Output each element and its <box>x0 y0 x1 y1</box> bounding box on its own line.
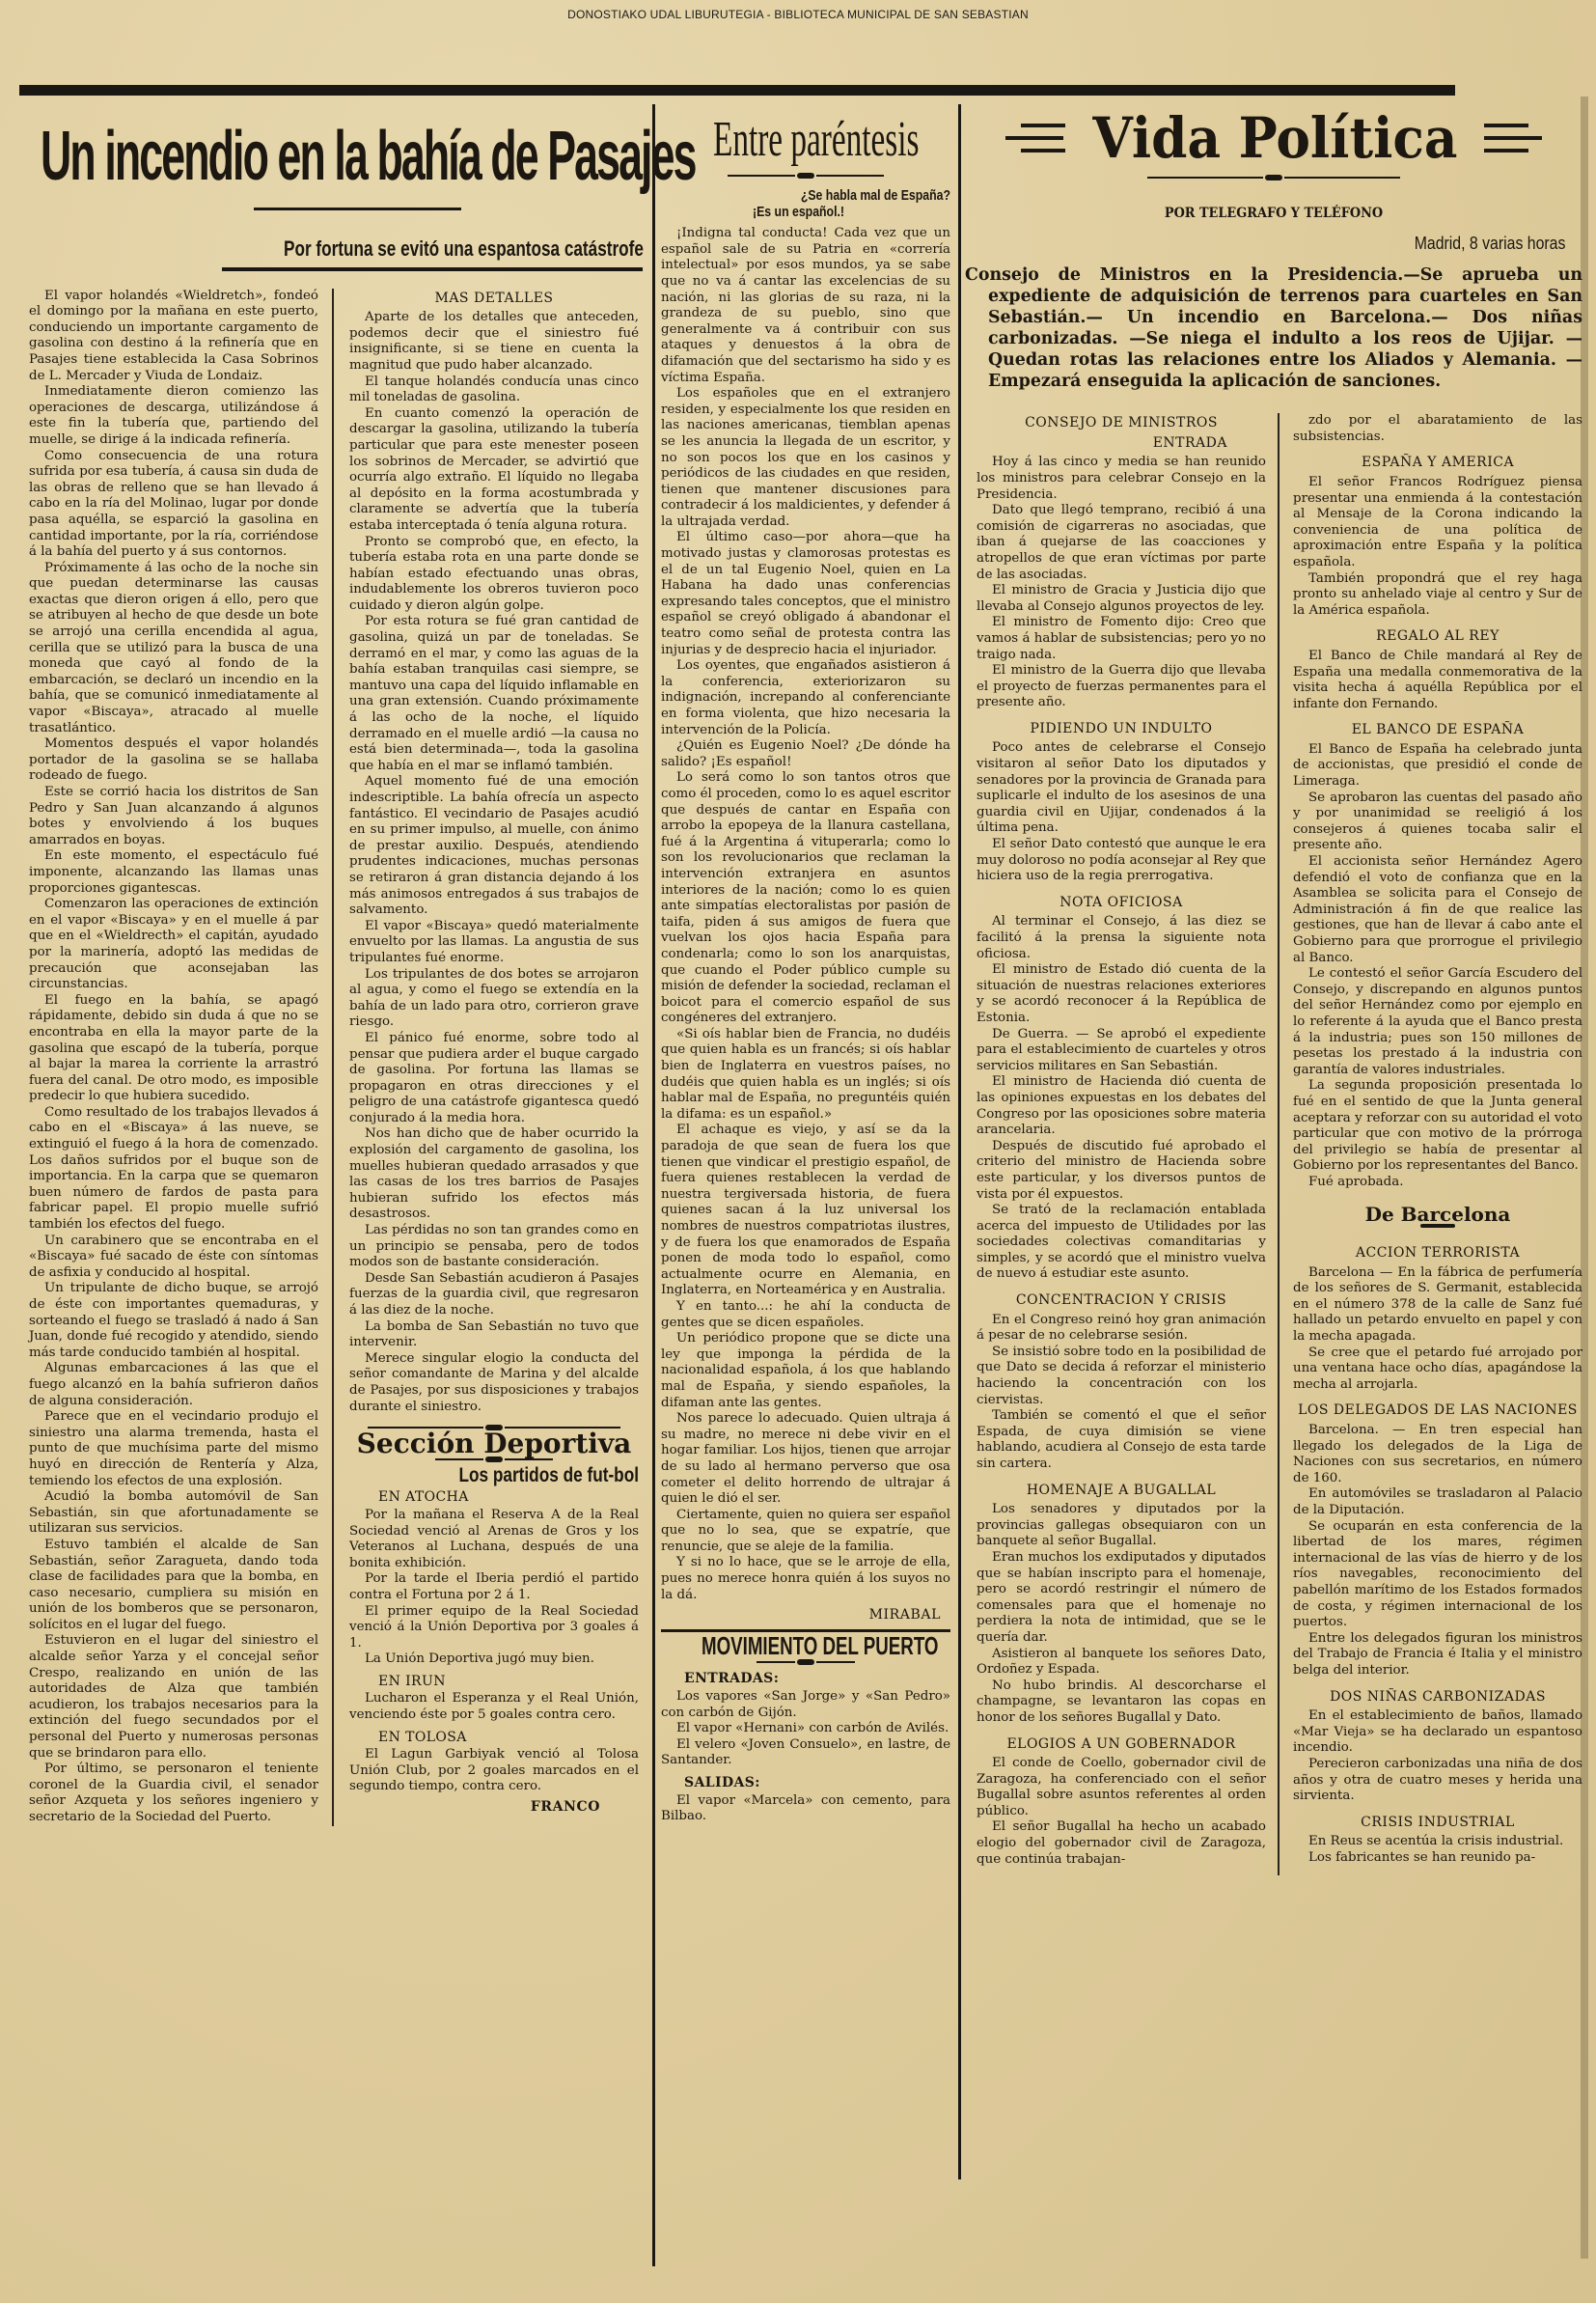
section-heading: ELOGIOS A UN GOBERNADOR <box>977 1736 1266 1753</box>
article-column-right: MAS DETALLES Aparte de los detalles que … <box>349 289 639 1826</box>
paragraph: Próximamente á las ocho de la noche sin … <box>29 561 318 737</box>
paragraph: El ministro de la Guerra dijo que llevab… <box>977 663 1266 711</box>
paragraph: Le contestó el señor García Escudero del… <box>1293 966 1582 1078</box>
paragraph: Como resultado de los trabajos llevados … <box>29 1105 318 1234</box>
section-heading: NOTA OFICIOSA <box>977 895 1266 911</box>
paragraph: Estuvo también el alcalde de San Sebasti… <box>29 1538 318 1634</box>
paragraph: El Banco de Chile mandará al Rey de Espa… <box>1293 649 1582 712</box>
paragraph: Los senadores y diputados por la provinc… <box>977 1502 1266 1550</box>
paragraph: Por la tarde el Iberia perdió el partido… <box>349 1571 639 1603</box>
paragraph: Este se corrió hacia los distritos de Sa… <box>29 785 318 848</box>
paragraph: Se insistió sobre todo en la posibilidad… <box>977 1345 1266 1408</box>
vida-column-right: zdo por el abaratamiento de las subsiste… <box>1293 413 1582 1875</box>
section-heading: EN ATOCHA <box>378 1489 639 1506</box>
subheadline-rule <box>222 267 643 271</box>
entradas-list: Los vapores «San Jorge» y «San Pedro» co… <box>661 1689 950 1769</box>
vida-column-left: CONSEJO DE MINISTROSENTRADAHoy á las cin… <box>965 413 1280 1875</box>
paragraph: En Reus se acentúa la crisis industrial. <box>1293 1834 1582 1850</box>
paragraph: La Unión Deportiva jugó muy bien. <box>349 1651 639 1668</box>
paragraph: Se trató de la reclamación entablada ace… <box>977 1203 1266 1283</box>
section-title: Vida Política <box>1092 105 1457 171</box>
paragraph: La bomba de San Sebastián no tuvo que in… <box>349 1319 639 1351</box>
paragraph: Lo será como lo son tantos otros que com… <box>661 770 950 1027</box>
parentesis-answer: ¡Es un español.! <box>753 205 915 221</box>
puerto-title: MOVIMIENTO DEL PUERTO <box>702 1638 910 1654</box>
paragraph: El ministro de Fomento dijo: Creo que va… <box>977 615 1266 663</box>
paragraph: Un carabinero que se encontraba en el «B… <box>29 1234 318 1282</box>
paragraph: Como consecuencia de una rotura sufrida … <box>29 449 318 561</box>
section-heading: EL BANCO DE ESPAÑA <box>1293 722 1582 738</box>
decorative-bars <box>1005 124 1065 153</box>
paragraph: Se aprobaron las cuentas del pasado año … <box>1293 791 1582 854</box>
paragraph: La segunda proposición presentada lo fué… <box>1293 1078 1582 1175</box>
paragraph: Eran muchos los exdiputados y diputados … <box>977 1550 1266 1647</box>
paragraph: Pronto se comprobó que, en efecto, la tu… <box>349 535 639 615</box>
section-heading: EN IRUN <box>378 1674 639 1690</box>
paragraph: El tanque holandés conducía unas cinco m… <box>349 375 639 406</box>
paragraph: «Si oís hablar bien de Francia, no dudéi… <box>661 1027 950 1124</box>
paragraph: zdo por el abaratamiento de las subsiste… <box>1293 413 1582 445</box>
section-subheading: ENTRADA <box>977 435 1266 452</box>
salidas-label: SALIDAS: <box>684 1775 950 1791</box>
vida-body: CONSEJO DE MINISTROSENTRADAHoy á las cin… <box>965 413 1582 1875</box>
paragraph: Un tripulante de dicho buque, se arrojó … <box>29 1281 318 1361</box>
paragraph: El señor Dato contestó que aunque le era… <box>977 837 1266 885</box>
paragraph: Barcelona. — En tren especial han llegad… <box>1293 1423 1582 1486</box>
ornament-divider <box>661 1659 950 1665</box>
article-entre-parentesis: Entre paréntesis ¿Se habla mal de España… <box>661 101 950 1825</box>
paragraph: Merece singular elogio la conducta del s… <box>349 1351 639 1415</box>
section-heading: EN TOLOSA <box>378 1730 639 1746</box>
paragraph: El señor Francos Rodríguez piensa presen… <box>1293 475 1582 571</box>
paragraph: Se cree que el petardo fué arrojado por … <box>1293 1346 1582 1394</box>
article-headline: Un incendio en la bahía de Pasajes <box>41 119 416 194</box>
paragraph: Desde San Sebastián acudieron á Pasajes … <box>349 1271 639 1319</box>
article-subheadline: Por fortuna se evitó una espantosa catás… <box>165 241 647 258</box>
deportiva-subtitle: Los partidos de fut-bol <box>401 1468 639 1484</box>
ornament-divider <box>661 173 950 179</box>
salidas-list: El vapor «Marcela» con cemento, para Bil… <box>661 1793 950 1825</box>
paragraph: Parece que en el vecindario produjo el s… <box>29 1409 318 1489</box>
section-heading: REGALO AL REY <box>1293 628 1582 645</box>
mas-detalles-body: Aparte de los detalles que anteceden, po… <box>349 310 639 1415</box>
paragraph: El vapor «Hernani» con carbón de Avilés. <box>661 1721 950 1737</box>
ornament-divider <box>965 175 1582 180</box>
article-incendio: Un incendio en la bahía de Pasajes Por f… <box>29 101 647 1826</box>
paragraph: El señor Bugallal ha hecho un acabado el… <box>977 1819 1266 1868</box>
paragraph: El achaque es viejo, y así se da la para… <box>661 1123 950 1299</box>
paragraph: En el establecimiento de baños, llamado … <box>1293 1708 1582 1757</box>
paragraph: Nos parece lo adecuado. Quien ultraja á … <box>661 1411 950 1508</box>
paragraph: El conde de Coello, gobernador civil de … <box>977 1756 1266 1819</box>
paragraph: También propondrá que el rey haga pronto… <box>1293 571 1582 620</box>
vida-title-row: Vida Política <box>965 105 1582 171</box>
paragraph: Dato que llegó temprano, recibió á una c… <box>977 503 1266 583</box>
paragraph: Por la mañana el Reserva A de la Real So… <box>349 1508 639 1571</box>
column-title: Entre paréntesis <box>713 111 898 169</box>
paragraph: En cuanto comenzó la operación de descar… <box>349 406 639 535</box>
paragraph: Y si no lo hace, que se le arroje de ell… <box>661 1555 950 1603</box>
entradas-label: ENTRADAS: <box>684 1671 950 1687</box>
paragraph: Y en tanto...: he ahí la conducta de gen… <box>661 1299 950 1331</box>
paragraph: Aparte de los detalles que anteceden, po… <box>349 310 639 374</box>
article-body: El vapor holandés «Wieldretch», fondeó e… <box>29 289 647 1826</box>
headline-rule <box>254 208 461 210</box>
paragraph: El Banco de España ha celebrado junta de… <box>1293 742 1582 791</box>
paragraph: ¿Quién es Eugenio Noel? ¿De dónde ha sal… <box>661 738 950 770</box>
masthead-rule <box>19 85 1455 96</box>
article-column-left: El vapor holandés «Wieldretch», fondeó e… <box>29 289 334 1826</box>
paragraph: Comenzaron las operaciones de extinción … <box>29 897 318 993</box>
paragraph: Al terminar el Consejo, á las diez se fa… <box>977 914 1266 962</box>
section-heading-mas-detalles: MAS DETALLES <box>349 291 639 307</box>
paragraph: Barcelona — En la fábrica de perfumería … <box>1293 1265 1582 1346</box>
paragraph: En automóviles se trasladaron al Palacio… <box>1293 1486 1582 1518</box>
paragraph: El velero «Joven Consuelo», en lastre, d… <box>661 1737 950 1769</box>
paragraph: El fuego en la bahía, se apagó rápidamen… <box>29 993 318 1105</box>
parentesis-body: ¡Indigna tal conducta! Cada vez que un e… <box>661 226 950 1603</box>
section-heading: ESPAÑA Y AMERICA <box>1293 455 1582 471</box>
paragraph: Lucharon el Esperanza y el Real Unión, v… <box>349 1691 639 1723</box>
paragraph: Aquel momento fué de una emoción indescr… <box>349 774 639 918</box>
section-heading: CONSEJO DE MINISTROS <box>977 415 1266 431</box>
paragraph: Los fabricantes se han reunido pa- <box>1293 1850 1582 1867</box>
paragraph: En el Congreso reinó hoy gran animación … <box>977 1313 1266 1345</box>
paragraph: En este momento, el espectáculo fué impo… <box>29 848 318 897</box>
paragraph: Poco antes de celebrarse el Consejo visi… <box>977 740 1266 837</box>
section-heading: CONCENTRACION Y CRISIS <box>977 1292 1266 1309</box>
paragraph: Por último, se personaron el teniente co… <box>29 1762 318 1825</box>
paragraph: El ministro de Estado dió cuenta de la s… <box>977 962 1266 1026</box>
dateline: Madrid, 8 varias horas <box>1039 236 1582 252</box>
paragraph: Estuvieron en el lugar del siniestro el … <box>29 1633 318 1762</box>
paragraph: Asistieron al banquete los señores Dato,… <box>977 1647 1266 1679</box>
paragraph: Momentos después el vapor holandés porta… <box>29 736 318 785</box>
paragraph: Por esta rotura se fué gran cantidad de … <box>349 614 639 774</box>
paragraph: Hoy á las cinco y media se han reunido l… <box>977 455 1266 503</box>
paragraph: Las pérdidas no son tan grandes como en … <box>349 1223 639 1271</box>
deportiva-body: EN ATOCHAPor la mañana el Reserva A de l… <box>349 1489 639 1795</box>
column-rule <box>958 104 961 2179</box>
section-heading: PIDIENDO UN INDULTO <box>977 721 1266 737</box>
paragraph: Los españoles que en el extranjero resid… <box>661 386 950 530</box>
paragraph: Un periódico propone que se dicte una le… <box>661 1331 950 1411</box>
paragraph: No hubo brindis. Al descorcharse el cham… <box>977 1679 1266 1727</box>
parentesis-signature: MIRABAL <box>661 1607 941 1623</box>
paragraph: Algunas embarcaciones á las que el fuego… <box>29 1361 318 1409</box>
paragraph: El ministro de Gracia y Justicia dijo qu… <box>977 583 1266 615</box>
paragraph: Después de discutido fué aprobado el cri… <box>977 1139 1266 1203</box>
paragraph: ¡Indigna tal conducta! Cada vez que un e… <box>661 226 950 386</box>
paragraph: El primer equipo de la Real Sociedad ven… <box>349 1604 639 1652</box>
paragraph: De Guerra. — Se aprobó el expediente par… <box>977 1027 1266 1075</box>
paragraph: El Lagun Garbiyak venció al Tolosa Unión… <box>349 1747 639 1795</box>
paragraph: El accionista señor Hernández Agero defe… <box>1293 854 1582 966</box>
deportiva-signature: FRANCO <box>349 1799 600 1816</box>
paragraph: Fué aprobada. <box>1293 1175 1582 1191</box>
paragraph: Los oyentes, que engañados asistieron á … <box>661 658 950 738</box>
article-vida-politica: Vida Política POR TELEGRAFO Y TELÉFONO M… <box>965 101 1582 1875</box>
paragraph: Nos han dicho que de haber ocurrido la e… <box>349 1126 639 1223</box>
paragraph: El vapor «Marcela» con cemento, para Bil… <box>661 1793 950 1825</box>
paragraph: Entre los delegados figuran los ministro… <box>1293 1631 1582 1679</box>
deportiva-title: Sección Deportiva <box>349 1436 639 1453</box>
paragraph: Inmediatamente dieron comienzo las opera… <box>29 384 318 448</box>
paragraph: El pánico fué enorme, sobre todo al pens… <box>349 1031 639 1127</box>
paragraph: Los tripulantes de dos botes se arrojaro… <box>349 967 639 1031</box>
paragraph: Los vapores «San Jorge» y «San Pedro» co… <box>661 1689 950 1721</box>
paragraph: El vapor «Biscaya» quedó materialmente e… <box>349 919 639 967</box>
paragraph: El último caso—por ahora—que ha motivado… <box>661 530 950 658</box>
byline: POR TELEGRAFO Y TELÉFONO <box>990 206 1558 222</box>
paragraph: Acudió la bomba automóvil de San Sebasti… <box>29 1489 318 1538</box>
paragraph: El vapor holandés «Wieldretch», fondeó e… <box>29 289 318 385</box>
paragraph: Se ocuparán en esta conferencia de la li… <box>1293 1519 1582 1631</box>
section-heading: LOS DELEGADOS DE LAS NACIONES <box>1293 1402 1582 1419</box>
section-heading: De Barcelona <box>1293 1207 1582 1223</box>
section-heading: HOMENAJE A BUGALLAL <box>977 1483 1266 1499</box>
paragraph: También se comentó el que el señor Espad… <box>977 1408 1266 1472</box>
parentesis-question: ¿Se habla mal de España? <box>713 188 950 205</box>
paragraph: Ciertamente, quien no quiera ser español… <box>661 1508 950 1556</box>
news-summary: Consejo de Ministros en la Presidencia.—… <box>965 264 1582 392</box>
decorative-bars <box>1484 124 1542 153</box>
archive-label: DONOSTIAKO UDAL LIBURUTEGIA - BIBLIOTECA… <box>0 8 1596 21</box>
section-heading: ACCION TERRORISTA <box>1293 1245 1582 1262</box>
section-heading: CRISIS INDUSTRIAL <box>1293 1815 1582 1831</box>
paragraph: Perecieron carbonizadas una niña de dos … <box>1293 1757 1582 1805</box>
section-heading: DOS NIÑAS CARBONIZADAS <box>1293 1689 1582 1706</box>
column-rule <box>652 104 655 2266</box>
paragraph: El ministro de Hacienda dió cuenta de la… <box>977 1074 1266 1138</box>
